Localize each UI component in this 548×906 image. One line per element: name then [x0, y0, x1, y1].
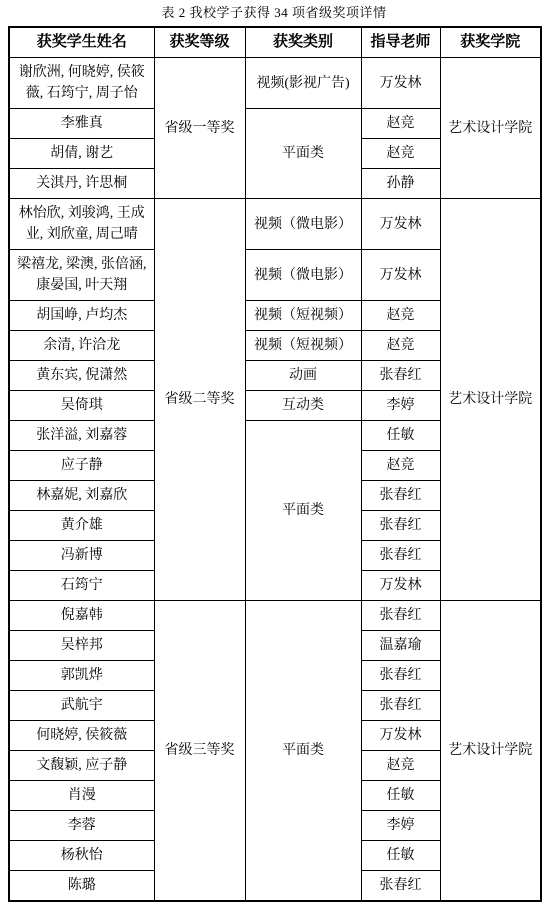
- teacher-cell: 赵竞: [361, 301, 440, 331]
- category-cell: 视频(影视广告): [245, 58, 361, 109]
- students-cell: 余清, 许洽龙: [9, 331, 154, 361]
- teacher-cell: 万发林: [361, 571, 440, 601]
- table-row: 倪嘉韩省级三等奖平面类张春红艺术设计学院: [9, 601, 541, 631]
- teacher-cell: 孙静: [361, 169, 440, 199]
- teacher-cell: 张春红: [361, 541, 440, 571]
- table-row: 林怡欣, 刘骏鸿, 王成业, 刘欣童, 周己晴省级二等奖视频（微电影）万发林艺术…: [9, 199, 541, 250]
- students-cell: 胡国峥, 卢均杰: [9, 301, 154, 331]
- teacher-cell: 张春红: [361, 511, 440, 541]
- teacher-cell: 万发林: [361, 58, 440, 109]
- column-header: 指导老师: [361, 27, 440, 58]
- students-cell: 李雅真: [9, 109, 154, 139]
- teacher-cell: 万发林: [361, 199, 440, 250]
- students-cell: 文馥颖, 应子静: [9, 751, 154, 781]
- teacher-cell: 赵竞: [361, 109, 440, 139]
- students-cell: 吴梓邦: [9, 631, 154, 661]
- teacher-cell: 万发林: [361, 721, 440, 751]
- teacher-cell: 任敏: [361, 841, 440, 871]
- column-header: 获奖学生姓名: [9, 27, 154, 58]
- teacher-cell: 张春红: [361, 361, 440, 391]
- students-cell: 关淇丹, 许思桐: [9, 169, 154, 199]
- students-cell: 黄介雄: [9, 511, 154, 541]
- teacher-cell: 张春红: [361, 481, 440, 511]
- students-cell: 胡倩, 谢艺: [9, 139, 154, 169]
- category-cell: 平面类: [245, 109, 361, 199]
- awards-table: 获奖学生姓名获奖等级获奖类别指导老师获奖学院 谢欣洲, 何晓婷, 侯筱薇, 石筠…: [8, 26, 542, 902]
- students-cell: 张洋溢, 刘嘉蓉: [9, 421, 154, 451]
- column-header: 获奖等级: [154, 27, 245, 58]
- students-cell: 杨秋怡: [9, 841, 154, 871]
- level-cell: 省级三等奖: [154, 601, 245, 902]
- students-cell: 倪嘉韩: [9, 601, 154, 631]
- students-cell: 冯新博: [9, 541, 154, 571]
- college-cell: 艺术设计学院: [440, 199, 541, 601]
- teacher-cell: 任敏: [361, 781, 440, 811]
- students-cell: 李蓉: [9, 811, 154, 841]
- students-cell: 石筠宁: [9, 571, 154, 601]
- students-cell: 吴倚琪: [9, 391, 154, 421]
- students-cell: 何晓婷, 侯筱薇: [9, 721, 154, 751]
- category-cell: 视频（微电影）: [245, 199, 361, 250]
- teacher-cell: 张春红: [361, 661, 440, 691]
- teacher-cell: 张春红: [361, 601, 440, 631]
- category-cell: 互动类: [245, 391, 361, 421]
- teacher-cell: 万发林: [361, 250, 440, 301]
- teacher-cell: 赵竞: [361, 751, 440, 781]
- category-cell: 平面类: [245, 421, 361, 601]
- teacher-cell: 赵竞: [361, 139, 440, 169]
- teacher-cell: 张春红: [361, 871, 440, 902]
- college-cell: 艺术设计学院: [440, 601, 541, 902]
- level-cell: 省级二等奖: [154, 199, 245, 601]
- category-cell: 动画: [245, 361, 361, 391]
- teacher-cell: 赵竞: [361, 331, 440, 361]
- teacher-cell: 赵竞: [361, 451, 440, 481]
- table-caption: 表 2 我校学子获得 34 项省级奖项详情: [8, 2, 540, 26]
- college-cell: 艺术设计学院: [440, 58, 541, 199]
- students-cell: 郭凯烨: [9, 661, 154, 691]
- table-row: 谢欣洲, 何晓婷, 侯筱薇, 石筠宁, 周子怡省级一等奖视频(影视广告)万发林艺…: [9, 58, 541, 109]
- category-cell: 视频（微电影）: [245, 250, 361, 301]
- teacher-cell: 李婷: [361, 811, 440, 841]
- column-header: 获奖类别: [245, 27, 361, 58]
- column-header: 获奖学院: [440, 27, 541, 58]
- document-page: 表 2 我校学子获得 34 项省级奖项详情 获奖学生姓名获奖等级获奖类别指导老师…: [0, 0, 548, 906]
- students-cell: 黄东宾, 倪潇然: [9, 361, 154, 391]
- students-cell: 林怡欣, 刘骏鸿, 王成业, 刘欣童, 周己晴: [9, 199, 154, 250]
- students-cell: 应子静: [9, 451, 154, 481]
- category-cell: 视频（短视频）: [245, 331, 361, 361]
- header-row: 获奖学生姓名获奖等级获奖类别指导老师获奖学院: [9, 27, 541, 58]
- students-cell: 肖漫: [9, 781, 154, 811]
- students-cell: 林嘉妮, 刘嘉欣: [9, 481, 154, 511]
- students-cell: 谢欣洲, 何晓婷, 侯筱薇, 石筠宁, 周子怡: [9, 58, 154, 109]
- teacher-cell: 李婷: [361, 391, 440, 421]
- level-cell: 省级一等奖: [154, 58, 245, 199]
- category-cell: 平面类: [245, 601, 361, 902]
- teacher-cell: 任敏: [361, 421, 440, 451]
- category-cell: 视频（短视频）: [245, 301, 361, 331]
- students-cell: 武航宇: [9, 691, 154, 721]
- teacher-cell: 温嘉瑜: [361, 631, 440, 661]
- teacher-cell: 张春红: [361, 691, 440, 721]
- students-cell: 梁禧龙, 梁澳, 张倍涵, 康晏国, 叶天翔: [9, 250, 154, 301]
- students-cell: 陈璐: [9, 871, 154, 902]
